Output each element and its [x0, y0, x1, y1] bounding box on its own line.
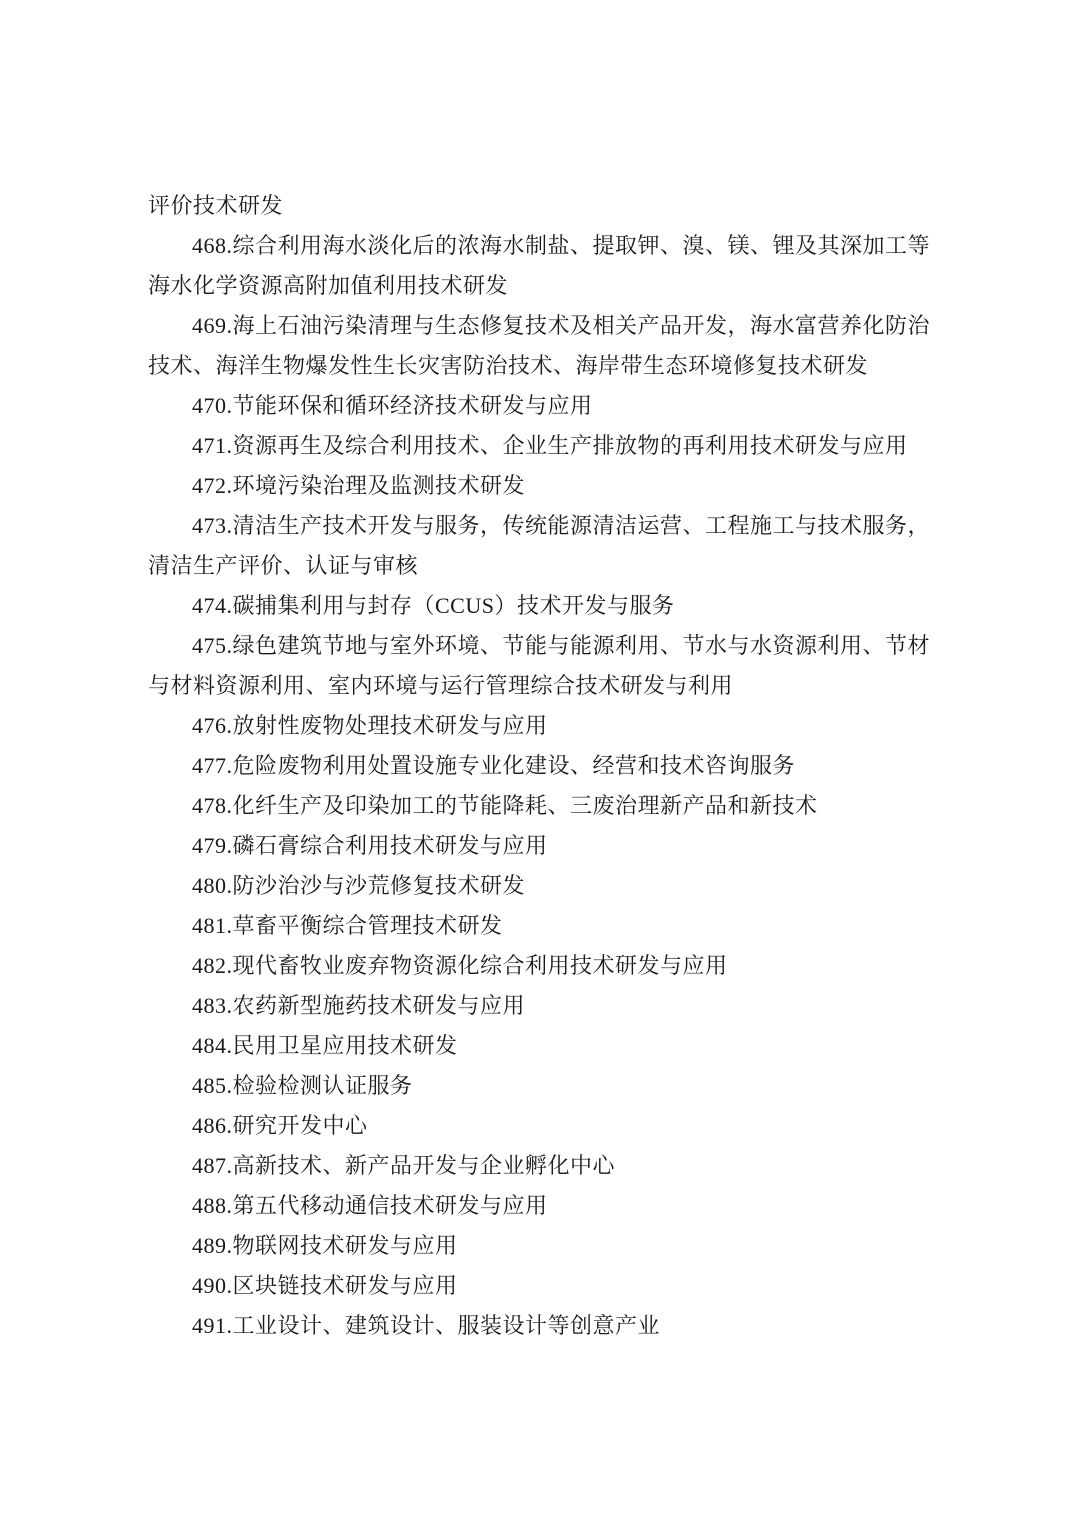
item-number: 488. — [192, 1193, 233, 1218]
item-number: 470. — [192, 393, 233, 418]
item-text: 海上石油污染清理与生态修复技术及相关产品开发，海水富营养化防治技术、海洋生物爆发… — [148, 313, 930, 378]
paragraph: 491.工业设计、建筑设计、服装设计等创意产业 — [148, 1306, 930, 1346]
item-number: 491. — [192, 1313, 233, 1338]
paragraph: 评价技术研发 — [148, 186, 930, 226]
item-number: 481. — [192, 913, 233, 938]
item-text: 草畜平衡综合管理技术研发 — [233, 913, 503, 938]
item-number: 474. — [192, 593, 233, 618]
paragraph: 471.资源再生及综合利用技术、企业生产排放物的再利用技术研发与应用 — [148, 426, 930, 466]
paragraph: 473.清洁生产技术开发与服务，传统能源清洁运营、工程施工与技术服务，清洁生产评… — [148, 506, 930, 586]
item-number: 479. — [192, 833, 233, 858]
paragraph: 488.第五代移动通信技术研发与应用 — [148, 1186, 930, 1226]
item-text: 区块链技术研发与应用 — [233, 1273, 458, 1298]
paragraph: 489.物联网技术研发与应用 — [148, 1226, 930, 1266]
item-number: 471. — [192, 433, 233, 458]
item-number: 468. — [192, 233, 233, 258]
paragraph: 469.海上石油污染清理与生态修复技术及相关产品开发，海水富营养化防治技术、海洋… — [148, 306, 930, 386]
paragraph: 484.民用卫星应用技术研发 — [148, 1026, 930, 1066]
item-text: 绿色建筑节地与室外环境、节能与能源利用、节水与水资源利用、节材与材料资源利用、室… — [148, 633, 930, 698]
item-text: 评价技术研发 — [148, 193, 283, 218]
paragraph: 483.农药新型施药技术研发与应用 — [148, 986, 930, 1026]
paragraph: 487.高新技术、新产品开发与企业孵化中心 — [148, 1146, 930, 1186]
item-number: 473. — [192, 513, 233, 538]
item-text: 民用卫星应用技术研发 — [233, 1033, 458, 1058]
item-number: 484. — [192, 1033, 233, 1058]
item-text: 综合利用海水淡化后的浓海水制盐、提取钾、溴、镁、锂及其深加工等海水化学资源高附加… — [148, 233, 930, 298]
paragraph: 468.综合利用海水淡化后的浓海水制盐、提取钾、溴、镁、锂及其深加工等海水化学资… — [148, 226, 930, 306]
item-text: 研究开发中心 — [233, 1113, 368, 1138]
item-text: 高新技术、新产品开发与企业孵化中心 — [233, 1153, 616, 1178]
item-number: 486. — [192, 1113, 233, 1138]
item-text: 工业设计、建筑设计、服装设计等创意产业 — [233, 1313, 661, 1338]
item-number: 482. — [192, 953, 233, 978]
item-number: 487. — [192, 1153, 233, 1178]
paragraph: 478.化纤生产及印染加工的节能降耗、三废治理新产品和新技术 — [148, 786, 930, 826]
paragraph: 476.放射性废物处理技术研发与应用 — [148, 706, 930, 746]
paragraph: 490.区块链技术研发与应用 — [148, 1266, 930, 1306]
paragraph: 475.绿色建筑节地与室外环境、节能与能源利用、节水与水资源利用、节材与材料资源… — [148, 626, 930, 706]
item-number: 478. — [192, 793, 233, 818]
item-number: 472. — [192, 473, 233, 498]
item-text: 现代畜牧业废弃物资源化综合利用技术研发与应用 — [233, 953, 728, 978]
paragraph: 474.碳捕集利用与封存（CCUS）技术开发与服务 — [148, 586, 930, 626]
document-page: 评价技术研发 468.综合利用海水淡化后的浓海水制盐、提取钾、溴、镁、锂及其深加… — [0, 0, 1074, 1520]
item-number: 480. — [192, 873, 233, 898]
paragraph: 480.防沙治沙与沙荒修复技术研发 — [148, 866, 930, 906]
item-number: 485. — [192, 1073, 233, 1098]
item-number: 489. — [192, 1233, 233, 1258]
paragraph: 485.检验检测认证服务 — [148, 1066, 930, 1106]
item-number: 477. — [192, 753, 233, 778]
item-text: 资源再生及综合利用技术、企业生产排放物的再利用技术研发与应用 — [233, 433, 908, 458]
paragraph: 472.环境污染治理及监测技术研发 — [148, 466, 930, 506]
item-text: 化纤生产及印染加工的节能降耗、三废治理新产品和新技术 — [233, 793, 818, 818]
paragraph: 486.研究开发中心 — [148, 1106, 930, 1146]
item-text: 节能环保和循环经济技术研发与应用 — [233, 393, 593, 418]
paragraph: 477.危险废物利用处置设施专业化建设、经营和技术咨询服务 — [148, 746, 930, 786]
item-text: 磷石膏综合利用技术研发与应用 — [233, 833, 548, 858]
item-number: 490. — [192, 1273, 233, 1298]
item-number: 469. — [192, 313, 233, 338]
item-text: 环境污染治理及监测技术研发 — [233, 473, 526, 498]
item-text: 清洁生产技术开发与服务，传统能源清洁运营、工程施工与技术服务，清洁生产评价、认证… — [148, 513, 930, 578]
item-text: 农药新型施药技术研发与应用 — [233, 993, 526, 1018]
item-text: 第五代移动通信技术研发与应用 — [233, 1193, 548, 1218]
item-text: 放射性废物处理技术研发与应用 — [233, 713, 548, 738]
item-text: 防沙治沙与沙荒修复技术研发 — [233, 873, 526, 898]
paragraph: 470.节能环保和循环经济技术研发与应用 — [148, 386, 930, 426]
item-text: 碳捕集利用与封存（CCUS）技术开发与服务 — [233, 593, 675, 618]
item-text: 物联网技术研发与应用 — [233, 1233, 458, 1258]
item-text: 危险废物利用处置设施专业化建设、经营和技术咨询服务 — [233, 753, 796, 778]
item-text: 检验检测认证服务 — [233, 1073, 413, 1098]
document-body: 评价技术研发 468.综合利用海水淡化后的浓海水制盐、提取钾、溴、镁、锂及其深加… — [148, 186, 930, 1346]
item-number: 476. — [192, 713, 233, 738]
item-number: 483. — [192, 993, 233, 1018]
item-number: 475. — [192, 633, 233, 658]
paragraph: 482.现代畜牧业废弃物资源化综合利用技术研发与应用 — [148, 946, 930, 986]
paragraph: 479.磷石膏综合利用技术研发与应用 — [148, 826, 930, 866]
paragraph: 481.草畜平衡综合管理技术研发 — [148, 906, 930, 946]
